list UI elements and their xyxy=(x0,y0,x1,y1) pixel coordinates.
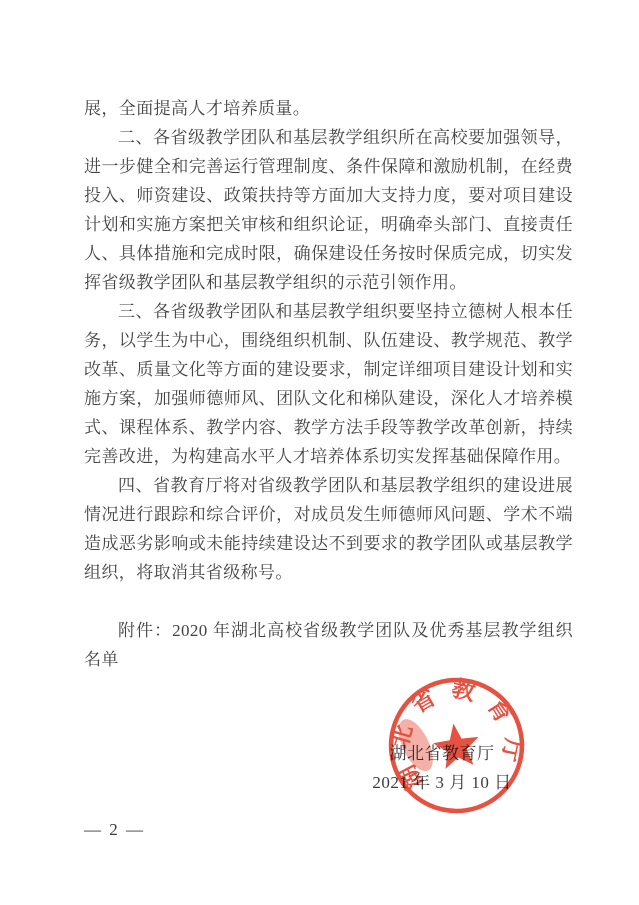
paragraph-continuation: 展，全面提高人才培养质量。 xyxy=(84,94,573,123)
paragraph-section-3: 三、各省级教学团队和基层教学组织要坚持立德树人根本任务，以学生为中心，围绕组织机… xyxy=(84,297,573,471)
document-body: 展，全面提高人才培养质量。 二、各省级教学团队和基层教学组织所在高校要加强领导，… xyxy=(84,94,573,674)
page-number: — 2 — xyxy=(84,820,145,840)
attachment-line: 附件：2020 年湖北高校省级教学团队及优秀基层教学组织名单 xyxy=(84,616,573,674)
paragraph-section-4: 四、省教育厅将对省级教学团队和基层教学组织的建设进展情况进行跟踪和综合评价，对成… xyxy=(84,471,573,587)
signature-date: 2021 年 3 月 10 日 xyxy=(370,768,514,797)
document-page: 展，全面提高人才培养质量。 二、各省级教学团队和基层教学组织所在高校要加强领导，… xyxy=(0,0,639,905)
paragraph-section-2: 二、各省级教学团队和基层教学组织所在高校要加强领导，进一步健全和完善运行管理制度… xyxy=(84,123,573,297)
signature-block: 湖北省教育厅 2021 年 3 月 10 日 xyxy=(370,739,514,797)
signature-agency: 湖北省教育厅 xyxy=(370,739,514,768)
